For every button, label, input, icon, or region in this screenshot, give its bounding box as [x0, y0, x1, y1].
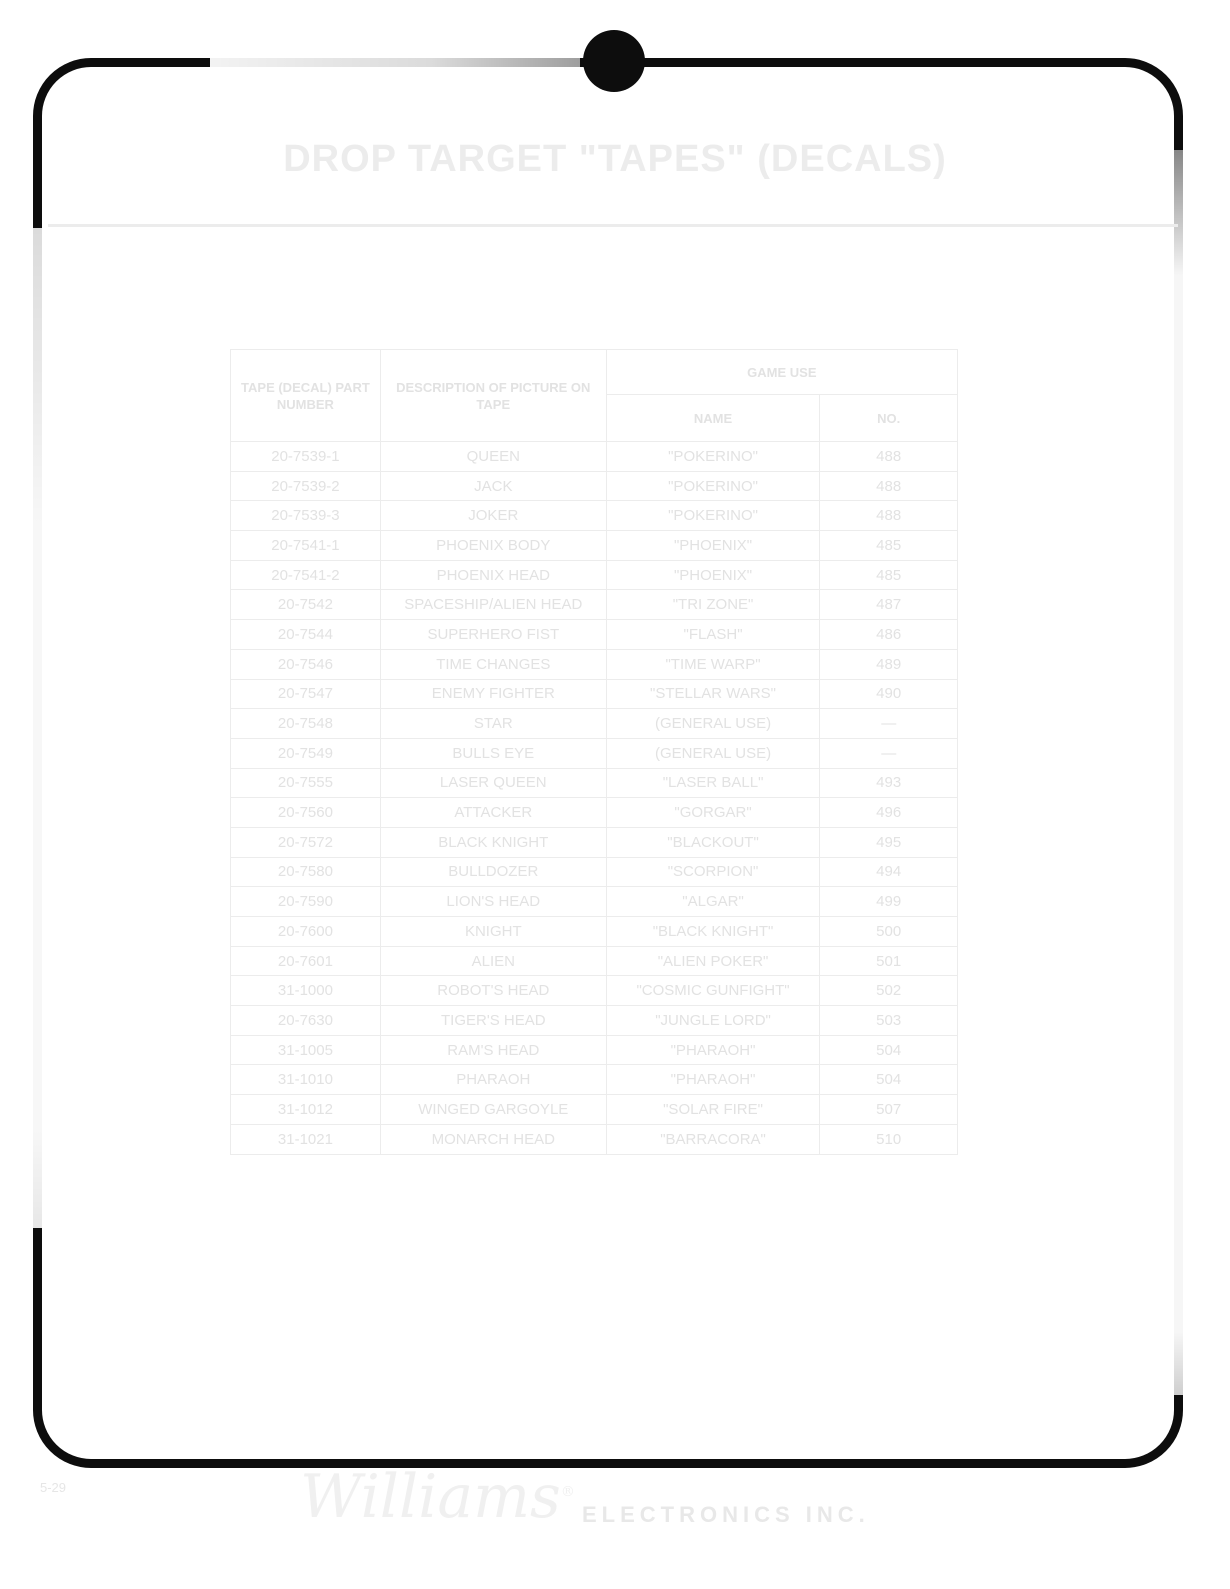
cell-game-name: "FLASH" — [606, 620, 820, 650]
cell-game-name: "TIME WARP" — [606, 649, 820, 679]
cell-part-number: 20-7546 — [231, 649, 381, 679]
cell-game-name: "LASER BALL" — [606, 768, 820, 798]
cell-part-number: 20-7539-1 — [231, 442, 381, 472]
table-row: 20-7539-2JACK"POKERINO"488 — [231, 471, 958, 501]
cell-part-number: 20-7539-3 — [231, 501, 381, 531]
trademark-symbol: ® — [561, 1484, 575, 1500]
cell-game-number: — — [820, 738, 958, 768]
cell-game-name: "SCORPION" — [606, 857, 820, 887]
cell-description: ROBOT'S HEAD — [380, 976, 606, 1006]
cell-game-number: 494 — [820, 857, 958, 887]
cell-part-number: 20-7541-2 — [231, 560, 381, 590]
cell-game-number: 495 — [820, 827, 958, 857]
cell-description: BULLS EYE — [380, 738, 606, 768]
cell-game-name: (GENERAL USE) — [606, 738, 820, 768]
table-row: 20-7539-3JOKER"POKERINO"488 — [231, 501, 958, 531]
cell-game-number: 488 — [820, 442, 958, 472]
cell-game-number: 504 — [820, 1065, 958, 1095]
cell-part-number: 20-7544 — [231, 620, 381, 650]
table-row: 20-7600KNIGHT"BLACK KNIGHT"500 — [231, 917, 958, 947]
cell-part-number: 20-7590 — [231, 887, 381, 917]
border-fade-top — [210, 52, 580, 70]
cell-description: SUPERHERO FIST — [380, 620, 606, 650]
cell-game-name: "BLACK KNIGHT" — [606, 917, 820, 947]
decals-table-body: 20-7539-1QUEEN"POKERINO"48820-7539-2JACK… — [231, 442, 958, 1155]
table-row: 20-7601ALIEN"ALIEN POKER"501 — [231, 946, 958, 976]
table-row: 20-7572BLACK KNIGHT"BLACKOUT"495 — [231, 827, 958, 857]
cell-description: BLACK KNIGHT — [380, 827, 606, 857]
table-row: 20-7555LASER QUEEN"LASER BALL"493 — [231, 768, 958, 798]
table-row: 20-7630TIGER'S HEAD"JUNGLE LORD"503 — [231, 1006, 958, 1036]
cell-description: SPACESHIP/ALIEN HEAD — [380, 590, 606, 620]
company-name: ELECTRONICS INC. — [582, 1502, 870, 1528]
title-divider — [48, 224, 1178, 227]
cell-part-number: 31-1012 — [231, 1095, 381, 1125]
header-game-no: NO. — [820, 395, 958, 442]
cell-game-name: "ALGAR" — [606, 887, 820, 917]
table-row: 31-1000ROBOT'S HEAD"COSMIC GUNFIGHT"502 — [231, 976, 958, 1006]
cell-description: QUEEN — [380, 442, 606, 472]
cell-game-number: 485 — [820, 560, 958, 590]
cell-game-name: "ALIEN POKER" — [606, 946, 820, 976]
cell-description: BULLDOZER — [380, 857, 606, 887]
cell-game-number: 507 — [820, 1095, 958, 1125]
cell-description: TIME CHANGES — [380, 649, 606, 679]
cell-description: JOKER — [380, 501, 606, 531]
binder-hole-icon — [583, 30, 645, 92]
cell-game-number: 501 — [820, 946, 958, 976]
cell-game-name: "PHARAOH" — [606, 1065, 820, 1095]
border-fade-left — [28, 228, 48, 1228]
table-row: 20-7542SPACESHIP/ALIEN HEAD"TRI ZONE"487 — [231, 590, 958, 620]
table-row: 20-7549BULLS EYE(GENERAL USE)— — [231, 738, 958, 768]
cell-game-number: 499 — [820, 887, 958, 917]
cell-game-number: 500 — [820, 917, 958, 947]
cell-description: WINGED GARGOYLE — [380, 1095, 606, 1125]
cell-game-number: 488 — [820, 501, 958, 531]
cell-description: STAR — [380, 709, 606, 739]
cell-part-number: 20-7572 — [231, 827, 381, 857]
cell-description: PHOENIX HEAD — [380, 560, 606, 590]
cell-description: PHARAOH — [380, 1065, 606, 1095]
cell-game-name: "SOLAR FIRE" — [606, 1095, 820, 1125]
cell-game-number: 502 — [820, 976, 958, 1006]
cell-game-number: 489 — [820, 649, 958, 679]
cell-game-number: 487 — [820, 590, 958, 620]
cell-game-name: "BARRACORA" — [606, 1124, 820, 1154]
cell-part-number: 31-1021 — [231, 1124, 381, 1154]
cell-game-number: 496 — [820, 798, 958, 828]
cell-description: TIGER'S HEAD — [380, 1006, 606, 1036]
cell-game-number: 486 — [820, 620, 958, 650]
cell-description: KNIGHT — [380, 917, 606, 947]
page-number: 5-29 — [40, 1480, 66, 1495]
table-row: 20-7539-1QUEEN"POKERINO"488 — [231, 442, 958, 472]
table-row: 20-7544SUPERHERO FIST"FLASH"486 — [231, 620, 958, 650]
table-row: 31-1012WINGED GARGOYLE"SOLAR FIRE"507 — [231, 1095, 958, 1125]
cell-part-number: 20-7549 — [231, 738, 381, 768]
cell-part-number: 31-1010 — [231, 1065, 381, 1095]
cell-game-name: "COSMIC GUNFIGHT" — [606, 976, 820, 1006]
cell-game-number: 485 — [820, 531, 958, 561]
cell-game-name: "GORGAR" — [606, 798, 820, 828]
cell-description: PHOENIX BODY — [380, 531, 606, 561]
cell-description: LION'S HEAD — [380, 887, 606, 917]
cell-part-number: 20-7601 — [231, 946, 381, 976]
cell-description: RAM'S HEAD — [380, 1035, 606, 1065]
cell-description: ALIEN — [380, 946, 606, 976]
table-row: 20-7580BULLDOZER"SCORPION"494 — [231, 857, 958, 887]
cell-game-number: — — [820, 709, 958, 739]
cell-game-name: "POKERINO" — [606, 501, 820, 531]
header-game-name: NAME — [606, 395, 820, 442]
logo-text: Williams — [300, 1462, 561, 1532]
cell-part-number: 31-1000 — [231, 976, 381, 1006]
decals-table: TAPE (DECAL) PART NUMBER DESCRIPTION OF … — [230, 349, 958, 1155]
cell-game-name: "PHOENIX" — [606, 531, 820, 561]
table-row: 20-7541-1PHOENIX BODY"PHOENIX"485 — [231, 531, 958, 561]
cell-game-name: "JUNGLE LORD" — [606, 1006, 820, 1036]
cell-part-number: 20-7541-1 — [231, 531, 381, 561]
cell-part-number: 20-7600 — [231, 917, 381, 947]
header-description: DESCRIPTION OF PICTURE ON TAPE — [380, 350, 606, 442]
cell-game-number: 488 — [820, 471, 958, 501]
cell-game-name: (GENERAL USE) — [606, 709, 820, 739]
cell-description: LASER QUEEN — [380, 768, 606, 798]
cell-description: ENEMY FIGHTER — [380, 679, 606, 709]
page-title: DROP TARGET "TAPES" (DECALS) — [0, 138, 1230, 181]
cell-game-name: "POKERINO" — [606, 471, 820, 501]
cell-part-number: 20-7630 — [231, 1006, 381, 1036]
table-row: 20-7547ENEMY FIGHTER"STELLAR WARS"490 — [231, 679, 958, 709]
cell-game-number: 510 — [820, 1124, 958, 1154]
cell-game-name: "TRI ZONE" — [606, 590, 820, 620]
cell-part-number: 20-7548 — [231, 709, 381, 739]
cell-part-number: 20-7580 — [231, 857, 381, 887]
table-row: 20-7590LION'S HEAD"ALGAR"499 — [231, 887, 958, 917]
cell-game-number: 490 — [820, 679, 958, 709]
table-row: 20-7546TIME CHANGES"TIME WARP"489 — [231, 649, 958, 679]
cell-description: MONARCH HEAD — [380, 1124, 606, 1154]
cell-part-number: 20-7539-2 — [231, 471, 381, 501]
cell-description: ATTACKER — [380, 798, 606, 828]
cell-part-number: 20-7547 — [231, 679, 381, 709]
williams-logo: Williams® — [300, 1462, 575, 1532]
cell-part-number: 20-7555 — [231, 768, 381, 798]
table-row: 20-7541-2PHOENIX HEAD"PHOENIX"485 — [231, 560, 958, 590]
cell-game-number: 493 — [820, 768, 958, 798]
cell-part-number: 31-1005 — [231, 1035, 381, 1065]
table-row: 20-7548STAR(GENERAL USE)— — [231, 709, 958, 739]
header-game-use: GAME USE — [606, 350, 957, 395]
table-row: 31-1005RAM'S HEAD"PHARAOH"504 — [231, 1035, 958, 1065]
border-fade-right — [1168, 150, 1188, 1395]
cell-game-name: "STELLAR WARS" — [606, 679, 820, 709]
cell-game-name: "PHOENIX" — [606, 560, 820, 590]
cell-part-number: 20-7560 — [231, 798, 381, 828]
cell-part-number: 20-7542 — [231, 590, 381, 620]
cell-game-number: 504 — [820, 1035, 958, 1065]
cell-description: JACK — [380, 471, 606, 501]
cell-game-name: "PHARAOH" — [606, 1035, 820, 1065]
cell-game-name: "BLACKOUT" — [606, 827, 820, 857]
table-row: 20-7560ATTACKER"GORGAR"496 — [231, 798, 958, 828]
table-row: 31-1010PHARAOH"PHARAOH"504 — [231, 1065, 958, 1095]
table-row: 31-1021MONARCH HEAD"BARRACORA"510 — [231, 1124, 958, 1154]
cell-game-number: 503 — [820, 1006, 958, 1036]
cell-game-name: "POKERINO" — [606, 442, 820, 472]
header-part-number: TAPE (DECAL) PART NUMBER — [231, 350, 381, 442]
